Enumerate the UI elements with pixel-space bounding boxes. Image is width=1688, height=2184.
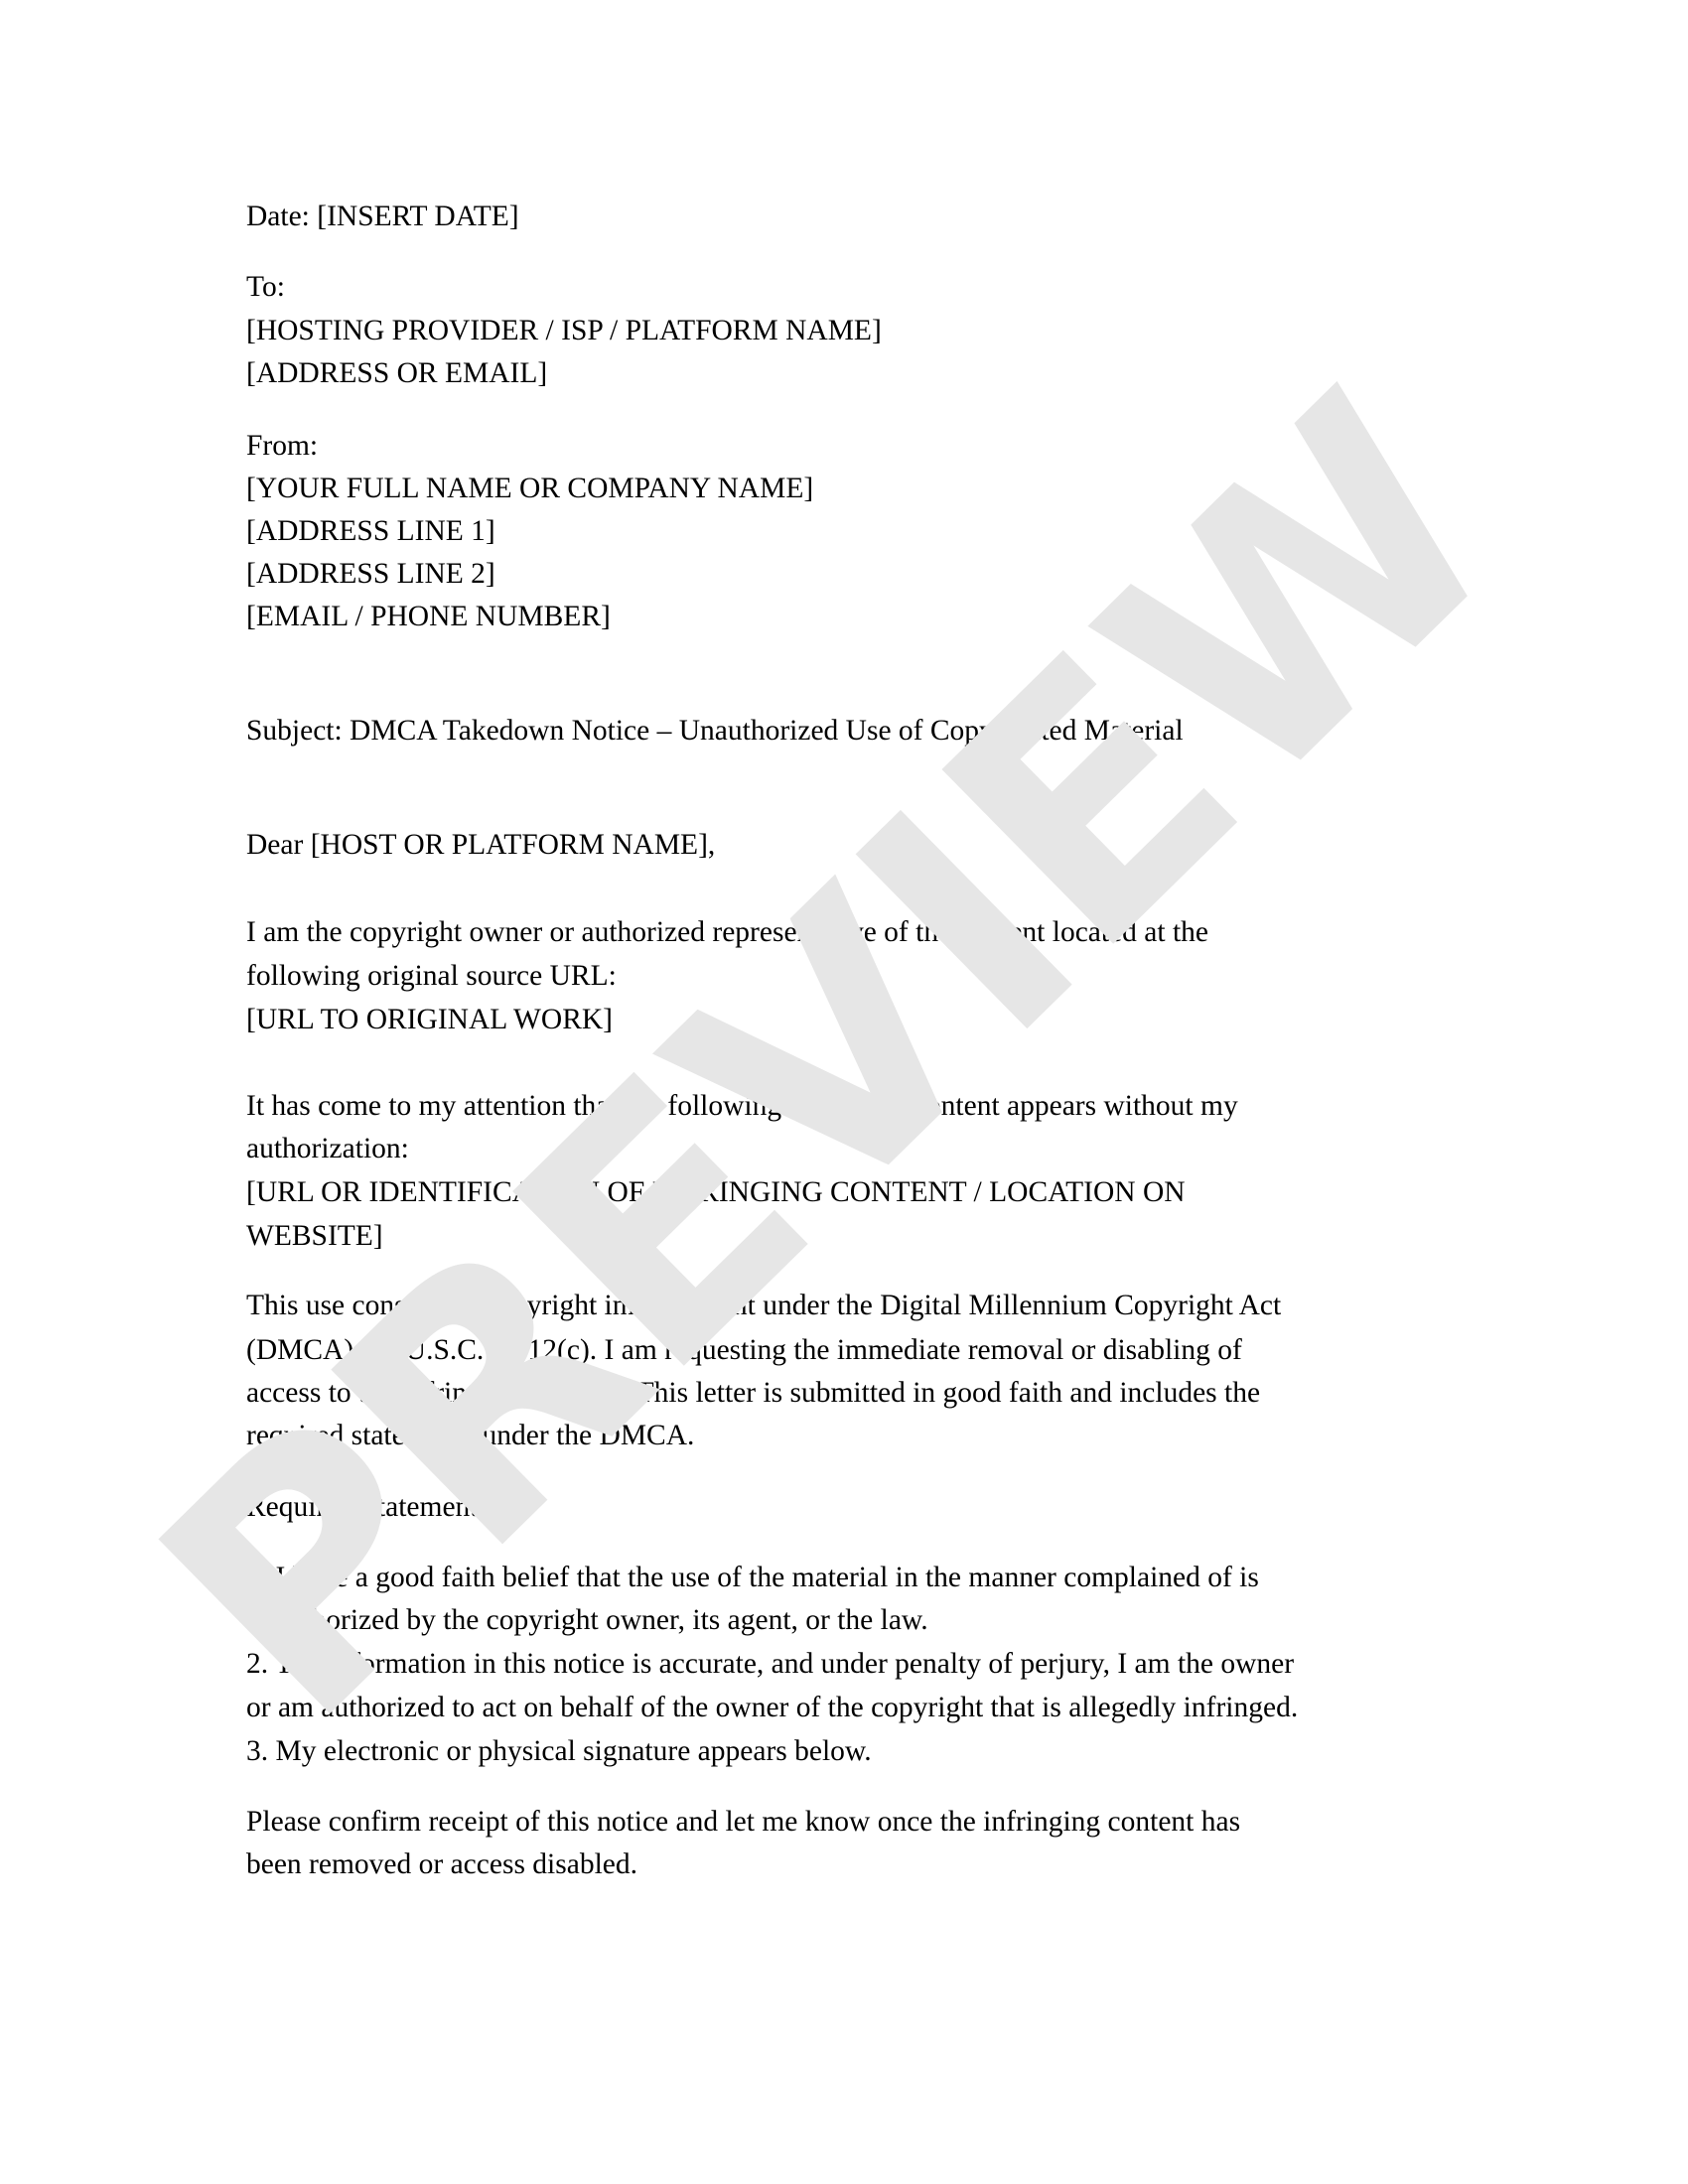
statement-1: unauthorized by the copyright owner, its…: [246, 1602, 928, 1638]
sender-name: [YOUR FULL NAME OR COMPANY NAME]: [246, 471, 813, 506]
document-page: Date: [INSERT DATE] To: [HOSTING PROVIDE…: [0, 0, 1688, 2184]
paragraph-3-line: This use constitutes copyright infringem…: [246, 1288, 1281, 1323]
statement-2: or am authorized to act on behalf of the…: [246, 1690, 1298, 1725]
infringing-content-placeholder: WEBSITE]: [246, 1218, 383, 1254]
paragraph-3-line: (DMCA), 17 U.S.C. § 512(c). I am request…: [246, 1332, 1242, 1368]
to-label: To:: [246, 269, 285, 305]
from-label: From:: [246, 428, 318, 464]
original-work-url-placeholder: [URL TO ORIGINAL WORK]: [246, 1002, 613, 1037]
statement-3: 3. My electronic or physical signature a…: [246, 1733, 872, 1769]
statement-1: 1. I have a good faith belief that the u…: [246, 1560, 1259, 1595]
statement-2: 2. The information in this notice is acc…: [246, 1646, 1294, 1682]
recipient-name: [HOSTING PROVIDER / ISP / PLATFORM NAME]: [246, 313, 882, 348]
sender-address-line-2: [ADDRESS LINE 2]: [246, 556, 495, 592]
closing-paragraph: Please confirm receipt of this notice an…: [246, 1804, 1240, 1840]
paragraph-3-line: required statements under the DMCA.: [246, 1418, 694, 1453]
paragraph-2-line: authorization:: [246, 1131, 409, 1166]
salutation: Dear [HOST OR PLATFORM NAME],: [246, 827, 715, 863]
paragraph-1-line: following original source URL:: [246, 958, 617, 994]
sender-address-line-1: [ADDRESS LINE 1]: [246, 513, 495, 549]
date-line: Date: [INSERT DATE]: [246, 199, 519, 234]
paragraph-2-line: It has come to my attention that the fol…: [246, 1088, 1238, 1124]
recipient-address: [ADDRESS OR EMAIL]: [246, 355, 547, 391]
subject-line: Subject: DMCA Takedown Notice – Unauthor…: [246, 713, 1184, 749]
paragraph-1-line: I am the copyright owner or authorized r…: [246, 914, 1208, 950]
statements-heading: Required Statements:: [246, 1489, 497, 1525]
infringing-content-placeholder: [URL OR IDENTIFICATION OF INFRINGING CON…: [246, 1174, 1186, 1210]
paragraph-3-line: access to the infringing material. This …: [246, 1375, 1260, 1411]
sender-contact: [EMAIL / PHONE NUMBER]: [246, 599, 611, 634]
closing-paragraph: been removed or access disabled.: [246, 1846, 637, 1882]
